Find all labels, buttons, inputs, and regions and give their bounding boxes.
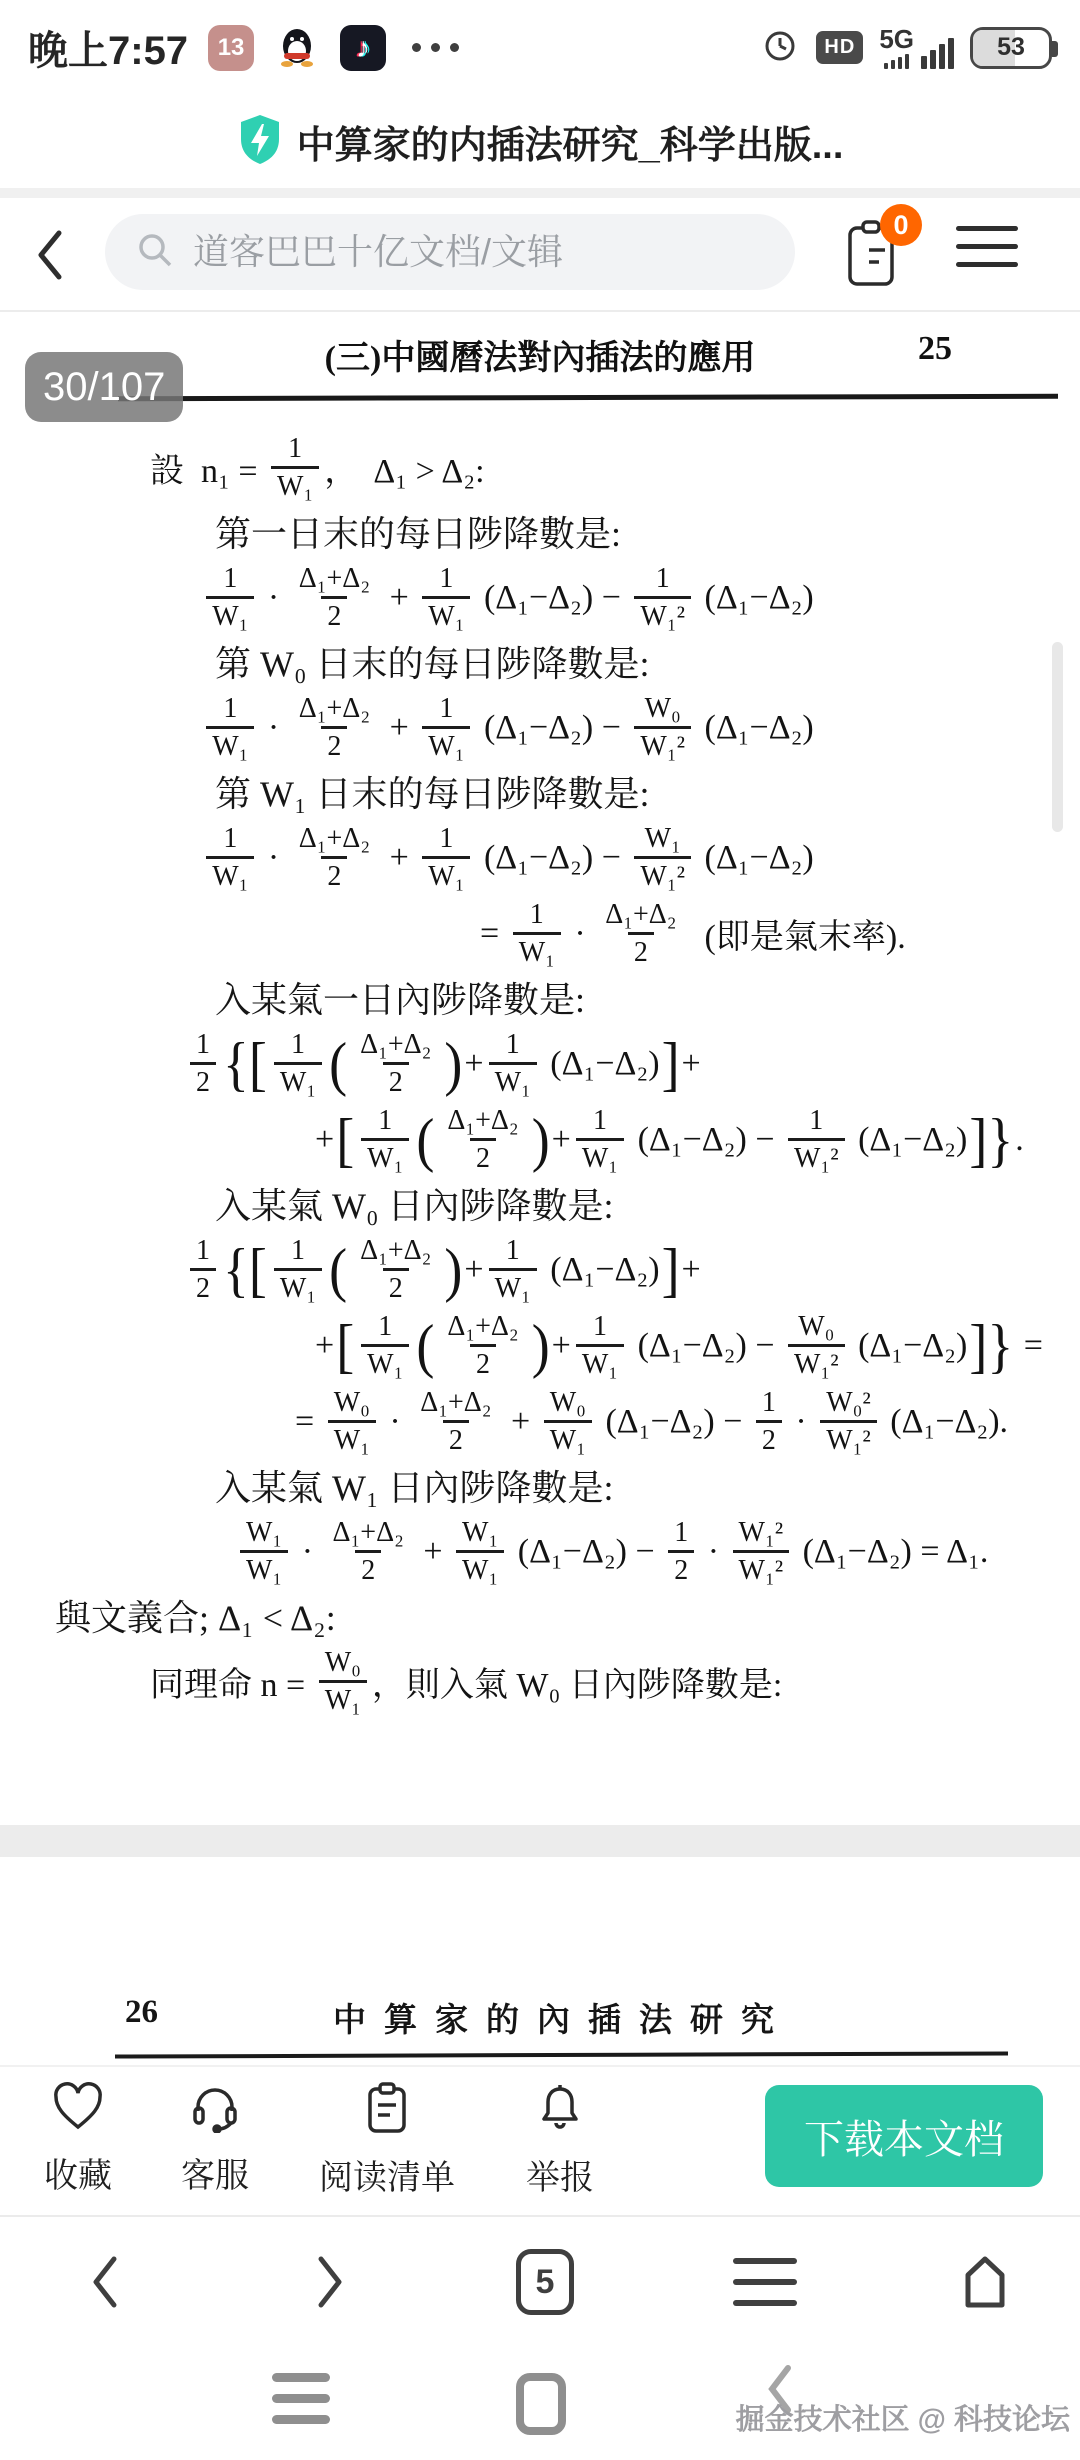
notification-count-badge: 13	[208, 25, 254, 71]
doc-text-line: 入某氣 W₀ 日內陟降數是:	[0, 1184, 1055, 1228]
doc-formula-line: 1W₁ · Δ₁+Δ₂2 + 1W₁ (Δ₁−Δ₂) − W₁W₁² (Δ₁−Δ…	[0, 823, 1055, 892]
menu-icon[interactable]	[956, 226, 1018, 267]
page-gap	[0, 1825, 1080, 1857]
header-rule	[115, 2051, 1008, 2058]
reading-list-label: 阅读清单	[319, 2150, 455, 2199]
customer-service-button[interactable]: 客服	[140, 2081, 290, 2197]
page-number-26: 26	[125, 1994, 158, 2031]
signal-bars-sim2	[884, 54, 909, 69]
signal-icon: 5G	[879, 26, 954, 69]
customer-service-label: 客服	[181, 2148, 249, 2197]
browser-back-button[interactable]	[45, 2217, 165, 2347]
doc-formula-line: 1W₁ · Δ₁+Δ₂2 + 1W₁ (Δ₁−Δ₂) − 1W₁² (Δ₁−Δ₂…	[0, 563, 1055, 632]
hd-volte-icon: HD	[816, 31, 863, 64]
search-box[interactable]	[105, 214, 795, 290]
recent-apps-button[interactable]	[272, 2373, 330, 2424]
browser-navigation-bar: 5	[0, 2215, 1080, 2347]
tab-switcher-button[interactable]: 5	[485, 2217, 605, 2347]
system-navigation-bar: 掘金技术社区 @ 科技论坛	[0, 2345, 1080, 2460]
more-notifications-icon	[412, 43, 459, 52]
reading-list-icon	[363, 2081, 411, 2140]
back-button[interactable]	[30, 226, 70, 289]
reading-list-button[interactable]: 阅读清单	[312, 2081, 462, 2199]
document-page-25[interactable]: (三)中國曆法對內插法的應用 25 設 n₁ = 1W₁， Δ₁ > Δ₂:第一…	[0, 310, 1080, 1827]
search-input[interactable]	[191, 230, 785, 274]
favorite-button[interactable]: 收藏	[3, 2081, 153, 2197]
doc-formula-line: W₁W₁ · Δ₁+Δ₂2 + W₁W₁ (Δ₁−Δ₂) − 12 · W₁²W…	[0, 1517, 1055, 1586]
watermark-text: 掘金技术社区 @ 科技论坛	[736, 2397, 1070, 2438]
doc-formula-line: +[1W₁(Δ₁+Δ₂2)+1W₁ (Δ₁−Δ₂) − 1W₁² (Δ₁−Δ₂)…	[0, 1105, 1055, 1174]
download-document-button[interactable]: 下载本文档	[765, 2085, 1043, 2187]
tab-count: 5	[516, 2249, 574, 2315]
notes-count-badge: 0	[880, 204, 922, 246]
battery-icon: 53	[970, 27, 1052, 69]
status-bar: 晚上7:57 13 ♪ HD 5G 53	[0, 0, 1080, 95]
reading-notes-button[interactable]: 0	[842, 216, 908, 292]
page-indicator-toast: 30/107	[25, 352, 183, 422]
document-title-bar: 中算家的内插法研究_科学出版...	[0, 95, 1080, 188]
doc-formula-line: 12{[1W₁(Δ₁+Δ₂2)+1W₁ (Δ₁−Δ₂)]+	[0, 1029, 1055, 1098]
document-page-26[interactable]: 26 中算家的內插法研究	[0, 1857, 1080, 2065]
book-title-header: 中算家的內插法研究	[333, 2003, 792, 2039]
bell-icon	[536, 2081, 584, 2140]
doc-formula-line: 同理命 n = W₀W₁，則入氣 W₀ 日內陟降數是:	[0, 1647, 1055, 1716]
divider	[0, 188, 1080, 198]
chapter-header: (三)中國曆法對內插法的應用	[325, 340, 756, 377]
doc-text-line: 入某氣 W₁ 日內陟降數是:	[0, 1466, 1055, 1510]
page-title: 中算家的内插法研究_科学出版...	[297, 114, 844, 169]
ring-mode-icon	[760, 25, 800, 70]
doc-text-line: 第 W₁ 日末的每日陟降數是:	[0, 772, 1055, 816]
doc-formula-line: 12{[1W₁(Δ₁+Δ₂2)+1W₁ (Δ₁−Δ₂)]+	[0, 1235, 1055, 1304]
doc-formula-line: 1W₁ · Δ₁+Δ₂2 + 1W₁ (Δ₁−Δ₂) − W₀W₁² (Δ₁−Δ…	[0, 693, 1055, 762]
browser-home-button[interactable]	[925, 2217, 1045, 2347]
scrollbar-thumb[interactable]	[1052, 642, 1063, 832]
heart-icon	[51, 2081, 105, 2138]
qq-icon	[274, 22, 320, 73]
doc-text-line: 第一日末的每日陟降數是:	[0, 512, 1055, 556]
tiktok-icon: ♪	[340, 25, 386, 71]
search-icon	[133, 228, 177, 277]
doc-text-line: 與文義合; Δ₁ < Δ₂:	[0, 1596, 1055, 1640]
signal-bars-sim1	[921, 38, 954, 69]
doc-text-line: 第 W₀ 日末的每日陟降數是:	[0, 642, 1055, 686]
bottom-toolbar: 收藏 客服 阅读清单 举报 下载本文档	[0, 2065, 1080, 2217]
battery-percent: 53	[997, 33, 1025, 62]
page1-content: 設 n₁ = 1W₁， Δ₁ > Δ₂:第一日末的每日陟降數是:1W₁ · Δ₁…	[0, 400, 1080, 1716]
report-button[interactable]: 举报	[485, 2081, 635, 2199]
doc-formula-line: = W₀W₁ · Δ₁+Δ₂2 + W₀W₁ (Δ₁−Δ₂) − 12 · W₀…	[0, 1387, 1055, 1456]
page-number-25: 25	[918, 330, 952, 368]
browser-forward-button[interactable]	[270, 2217, 390, 2347]
favorite-label: 收藏	[44, 2148, 112, 2197]
home-button[interactable]	[516, 2373, 566, 2435]
doc-formula-line: = 1W₁ · Δ₁+Δ₂2 (即是氣末率).	[0, 899, 1055, 968]
search-row: 0	[0, 198, 1080, 310]
shield-verified-icon	[237, 113, 283, 170]
doc-formula-line: 設 n₁ = 1W₁， Δ₁ > Δ₂:	[0, 433, 1055, 502]
clock: 晚上7:57	[28, 19, 188, 76]
network-type-label: 5G	[879, 26, 914, 52]
doc-formula-line: +[1W₁(Δ₁+Δ₂2)+1W₁ (Δ₁−Δ₂) − W₀W₁² (Δ₁−Δ₂…	[0, 1311, 1055, 1380]
headset-icon	[188, 2081, 242, 2138]
doc-text-line: 入某氣一日內陟降數是:	[0, 978, 1055, 1022]
browser-menu-button[interactable]	[705, 2217, 825, 2347]
report-label: 举报	[526, 2150, 594, 2199]
